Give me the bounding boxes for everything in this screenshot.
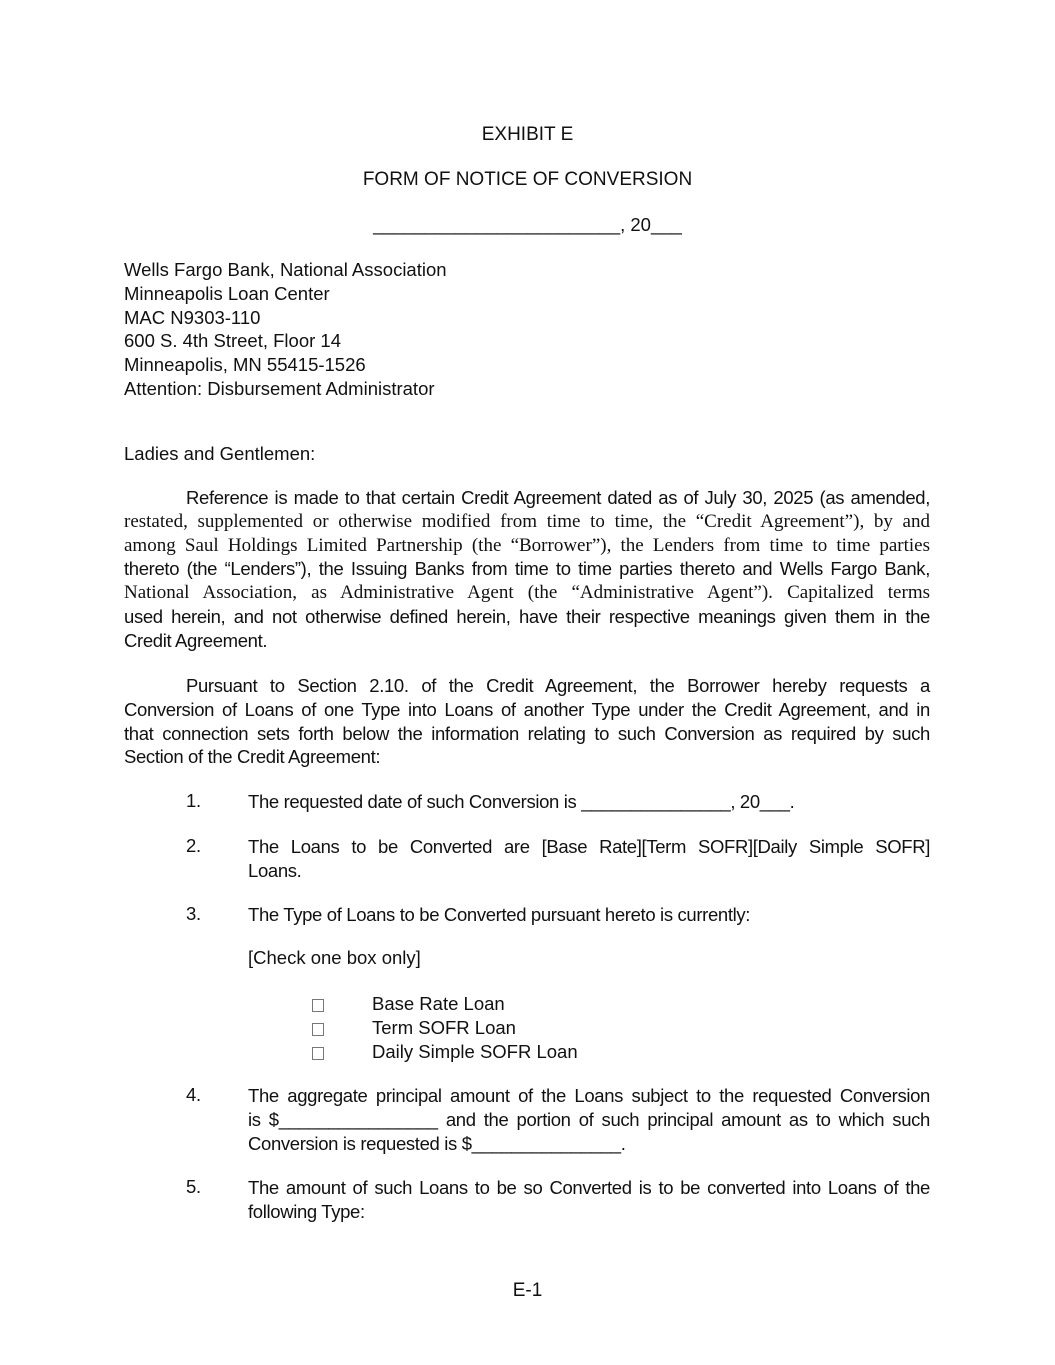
addressee-line: Minneapolis Loan Center — [124, 282, 447, 306]
form-title: FORM OF NOTICE OF CONVERSION — [0, 169, 1055, 191]
request-paragraph: Pursuant to Section 2.10. of the Credit … — [124, 674, 930, 769]
item-number: 2. — [186, 835, 201, 857]
checkbox-icon[interactable] — [312, 999, 324, 1012]
reference-paragraph: Reference is made to that certain Credit… — [124, 486, 930, 653]
addressee-line: Attention: Disbursement Administrator — [124, 377, 447, 401]
item-number: 5. — [186, 1176, 201, 1198]
paragraph-line: restated, supplemented or otherwise modi… — [124, 510, 930, 534]
checkbox-icon[interactable] — [312, 1047, 324, 1060]
checkbox-option-term-sofr[interactable]: Term SOFR Loan — [312, 1016, 324, 1040]
item-number: 4. — [186, 1084, 201, 1106]
item-3-text: The Type of Loans to be Converted pursua… — [248, 903, 930, 927]
item-number: 3. — [186, 903, 201, 925]
paragraph-line: Credit Agreement. — [124, 629, 930, 653]
exhibit-title: EXHIBIT E — [0, 124, 1055, 146]
paragraph-line: among Saul Holdings Limited Partnership … — [124, 534, 930, 558]
paragraph-line: that connection sets forth below the inf… — [124, 722, 930, 746]
paragraph-line: Reference is made to that certain Credit… — [124, 486, 930, 510]
check-instruction: [Check one box only] — [248, 947, 421, 969]
item-2-text: The Loans to be Converted are [Base Rate… — [248, 835, 930, 883]
paragraph-line: Conversion of Loans of one Type into Loa… — [124, 698, 930, 722]
checkbox-icon[interactable] — [312, 1023, 324, 1036]
paragraph-line: used herein, and not otherwise defined h… — [124, 605, 930, 629]
addressee-line: 600 S. 4th Street, Floor 14 — [124, 329, 447, 353]
addressee-line: MAC N9303-110 — [124, 306, 447, 330]
addressee-line: Minneapolis, MN 55415-1526 — [124, 353, 447, 377]
checkbox-label: Daily Simple SOFR Loan — [372, 1040, 578, 1064]
salutation: Ladies and Gentlemen: — [124, 443, 315, 465]
addressee-block: Wells Fargo Bank, National Association M… — [124, 258, 447, 401]
checkbox-label: Term SOFR Loan — [372, 1016, 516, 1040]
date-line: ________________________, 20___ — [0, 214, 1055, 236]
item-5-text: The amount of such Loans to be so Conver… — [248, 1176, 930, 1224]
paragraph-line: Section of the Credit Agreement: — [124, 745, 930, 769]
checkbox-option-base-rate[interactable]: Base Rate Loan — [312, 992, 324, 1016]
item-1-text: The requested date of such Conversion is… — [248, 790, 930, 814]
item-4-text: The aggregate principal amount of the Lo… — [248, 1084, 930, 1155]
paragraph-line: National Association, as Administrative … — [124, 581, 930, 605]
document-page: EXHIBIT E FORM OF NOTICE OF CONVERSION _… — [0, 0, 1055, 1365]
page-number: E-1 — [0, 1280, 1055, 1302]
paragraph-line: Pursuant to Section 2.10. of the Credit … — [124, 674, 930, 698]
addressee-line: Wells Fargo Bank, National Association — [124, 258, 447, 282]
item-number: 1. — [186, 790, 201, 812]
paragraph-line: thereto (the “Lenders”), the Issuing Ban… — [124, 557, 930, 581]
checkbox-option-daily-simple-sofr[interactable]: Daily Simple SOFR Loan — [312, 1040, 324, 1064]
checkbox-label: Base Rate Loan — [372, 992, 505, 1016]
